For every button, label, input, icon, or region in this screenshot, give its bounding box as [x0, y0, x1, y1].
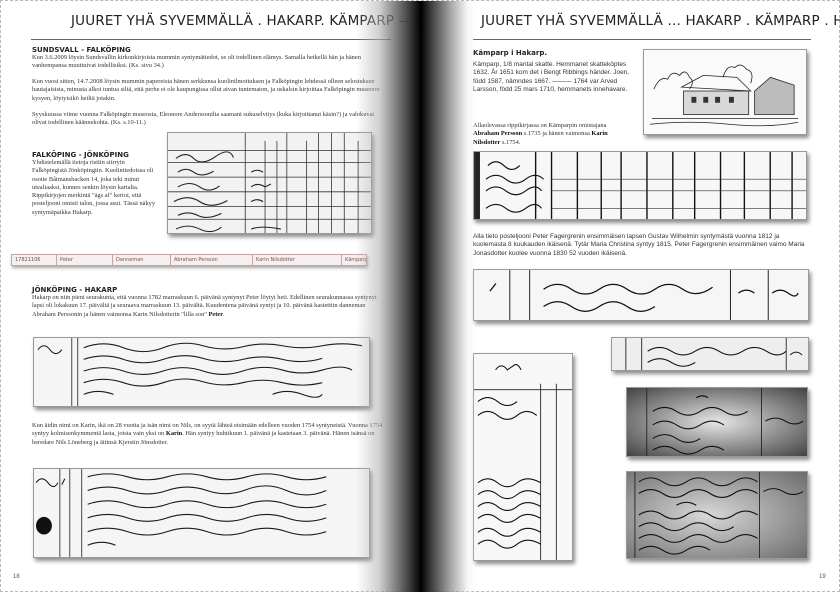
section-heading: FALKÖPING - JÖNKÖPING	[32, 151, 129, 159]
paragraph: Kun äidin nimi on Karin, ikä on 28 vuott…	[32, 422, 384, 447]
paragraph: Alla tieto posteljooni Peter Fagergrenin…	[473, 233, 807, 258]
fol76-register-scan	[473, 353, 573, 561]
birth-1812-record-scan	[626, 387, 808, 457]
paragraph: Kun 3.6.2009 löysin Sundsvallin kirkonki…	[32, 54, 384, 71]
section-heading: JÖNKÖPING - HAKARP	[32, 286, 117, 294]
title-divider	[473, 39, 811, 40]
record-name: Peter	[57, 255, 113, 265]
section-heading: Kämparp i Hakarp.	[473, 49, 547, 57]
birth-record-karin-scan	[33, 468, 370, 558]
paragraph: Kämparp, 1/8 mantal skatte. Hemmanet ska…	[473, 61, 633, 95]
spine-shadow-right	[421, 1, 476, 592]
record-date: 17821106	[12, 255, 57, 265]
emphasized-name: Karin	[166, 430, 182, 437]
right-page: JUURET YHÄ SYVEMMÄLLÄ ... HAKARP . KÄMPA…	[421, 1, 840, 592]
gustaf-wilhelm-record-scan	[473, 269, 809, 321]
text: Allaolevassa rippikirjassa on Kämparpin …	[473, 122, 606, 129]
book-spread: JUURET YHÄ SYVEMMÄLLÄ . HAKARP. KÄMPARP …	[0, 0, 840, 592]
paragraph: Allaolevassa rippikirjassa on Kämparpin …	[473, 122, 633, 147]
record-table-row: 17821106 Peter Danneman Abraham Persson …	[11, 254, 367, 266]
maria-fagergren-record-scan	[611, 337, 809, 371]
record-father: Abraham Persson	[171, 255, 253, 265]
spine-shadow-left	[356, 1, 421, 592]
paragraph: Syyskuussa viime vuonna Falköpingin muse…	[32, 111, 384, 128]
farmhouse-drawing	[643, 49, 807, 135]
page-title: JUURET YHÄ SYVEMMÄLLÄ ... HAKARP . KÄMPA…	[481, 13, 840, 29]
name-abraham: Abraham Persson	[473, 130, 522, 137]
record-mother: Karin Nilsdotter	[253, 255, 342, 265]
paragraph: Kun vuosi sitten, 14.7.2008 löysin mummi…	[32, 78, 384, 103]
section-heading: SUNDSVALL - FALKÖPING	[32, 46, 131, 54]
page-number: 19	[819, 574, 826, 580]
record-title: Danneman	[113, 255, 171, 265]
birth-record-peter-scan	[33, 337, 370, 407]
birth-1815-record-scan	[626, 471, 808, 559]
emphasized-name: Peter	[209, 311, 224, 318]
paragraph: Hakarp on niin pieni seurakunta, että vu…	[32, 294, 384, 319]
kamparp-register-scan	[473, 151, 807, 220]
text: s.1735 ja hänen vaimonsa	[522, 130, 591, 137]
paragraph: Yhdistelemällä tietoja ristiin siirryin …	[32, 159, 160, 217]
text: s.1754.	[500, 139, 520, 146]
household-record-scan	[167, 132, 372, 234]
title-divider	[31, 39, 391, 40]
page-number: 18	[13, 574, 20, 580]
